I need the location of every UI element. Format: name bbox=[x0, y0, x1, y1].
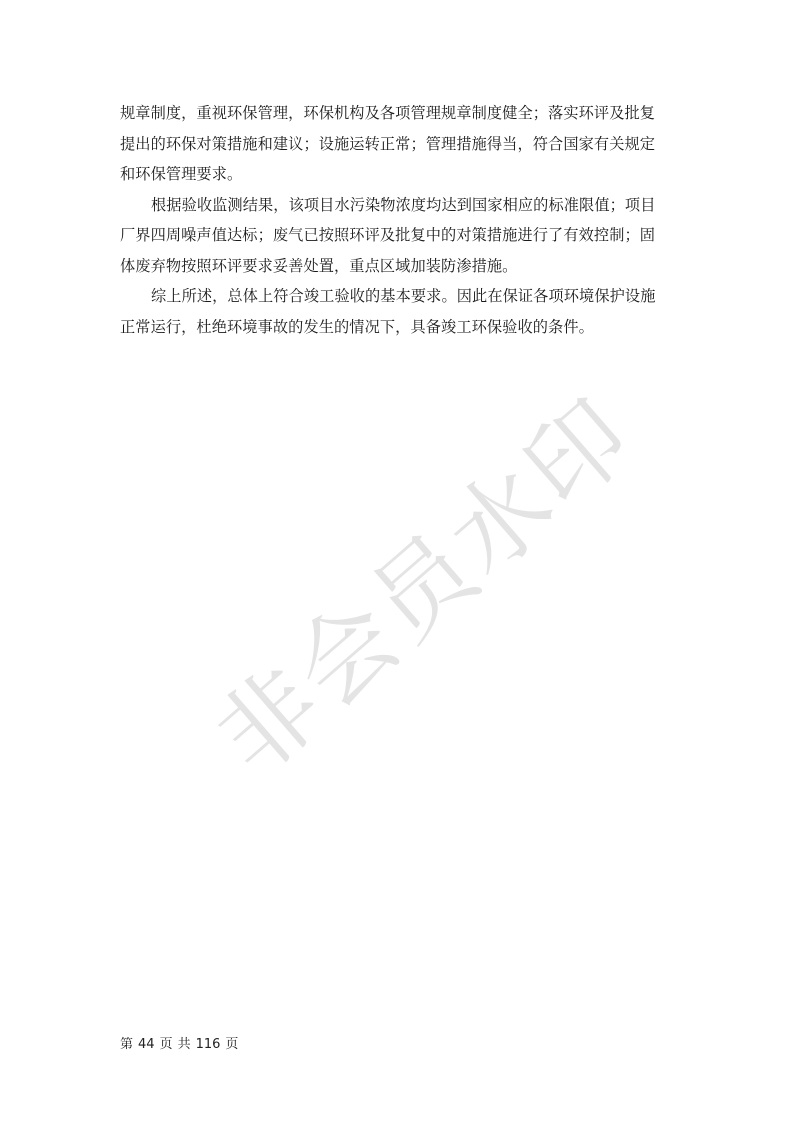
footer-total-word: 共 bbox=[178, 1037, 191, 1052]
footer-suffix: 页 bbox=[225, 1037, 238, 1052]
footer-page-word: 页 bbox=[160, 1037, 173, 1052]
body-text: 规章制度，重视环保管理，环保机构及各项管理规章制度健全；落实环评及批复 提出的环… bbox=[120, 98, 676, 342]
paragraph-1-line-3: 和环保管理要求。 bbox=[120, 159, 676, 190]
page-footer: 第44页共116页 bbox=[120, 1033, 243, 1052]
paragraph-2-line-3: 体废弃物按照环评要求妥善处置，重点区域加装防渗措施。 bbox=[120, 251, 676, 282]
paragraph-1-line-2: 提出的环保对策措施和建议；设施运转正常；管理措施得当，符合国家有关规定 bbox=[120, 129, 676, 160]
current-page-number: 44 bbox=[138, 1037, 155, 1052]
paragraph-2-line-2: 厂界四周噪声值达标；废气已按照环评及批复中的对策措施进行了有效控制；固 bbox=[120, 220, 676, 251]
paragraph-3-line-1: 综上所述，总体上符合竣工验收的基本要求。因此在保证各项环境保护设施 bbox=[120, 281, 676, 312]
total-pages-number: 116 bbox=[196, 1037, 221, 1052]
paragraph-3-line-2: 正常运行，杜绝环境事故的发生的情况下，具备竣工环保验收的条件。 bbox=[120, 312, 676, 343]
watermark: 非会员水印 bbox=[147, 330, 692, 830]
paragraph-2-line-1: 根据验收监测结果，该项目水污染物浓度均达到国家相应的标准限值；项目 bbox=[120, 190, 676, 221]
document-page: 非会员水印 规章制度，重视环保管理，环保机构及各项管理规章制度健全；落实环评及批… bbox=[0, 0, 793, 1122]
paragraph-1-line-1: 规章制度，重视环保管理，环保机构及各项管理规章制度健全；落实环评及批复 bbox=[120, 98, 676, 129]
footer-prefix: 第 bbox=[120, 1037, 133, 1052]
